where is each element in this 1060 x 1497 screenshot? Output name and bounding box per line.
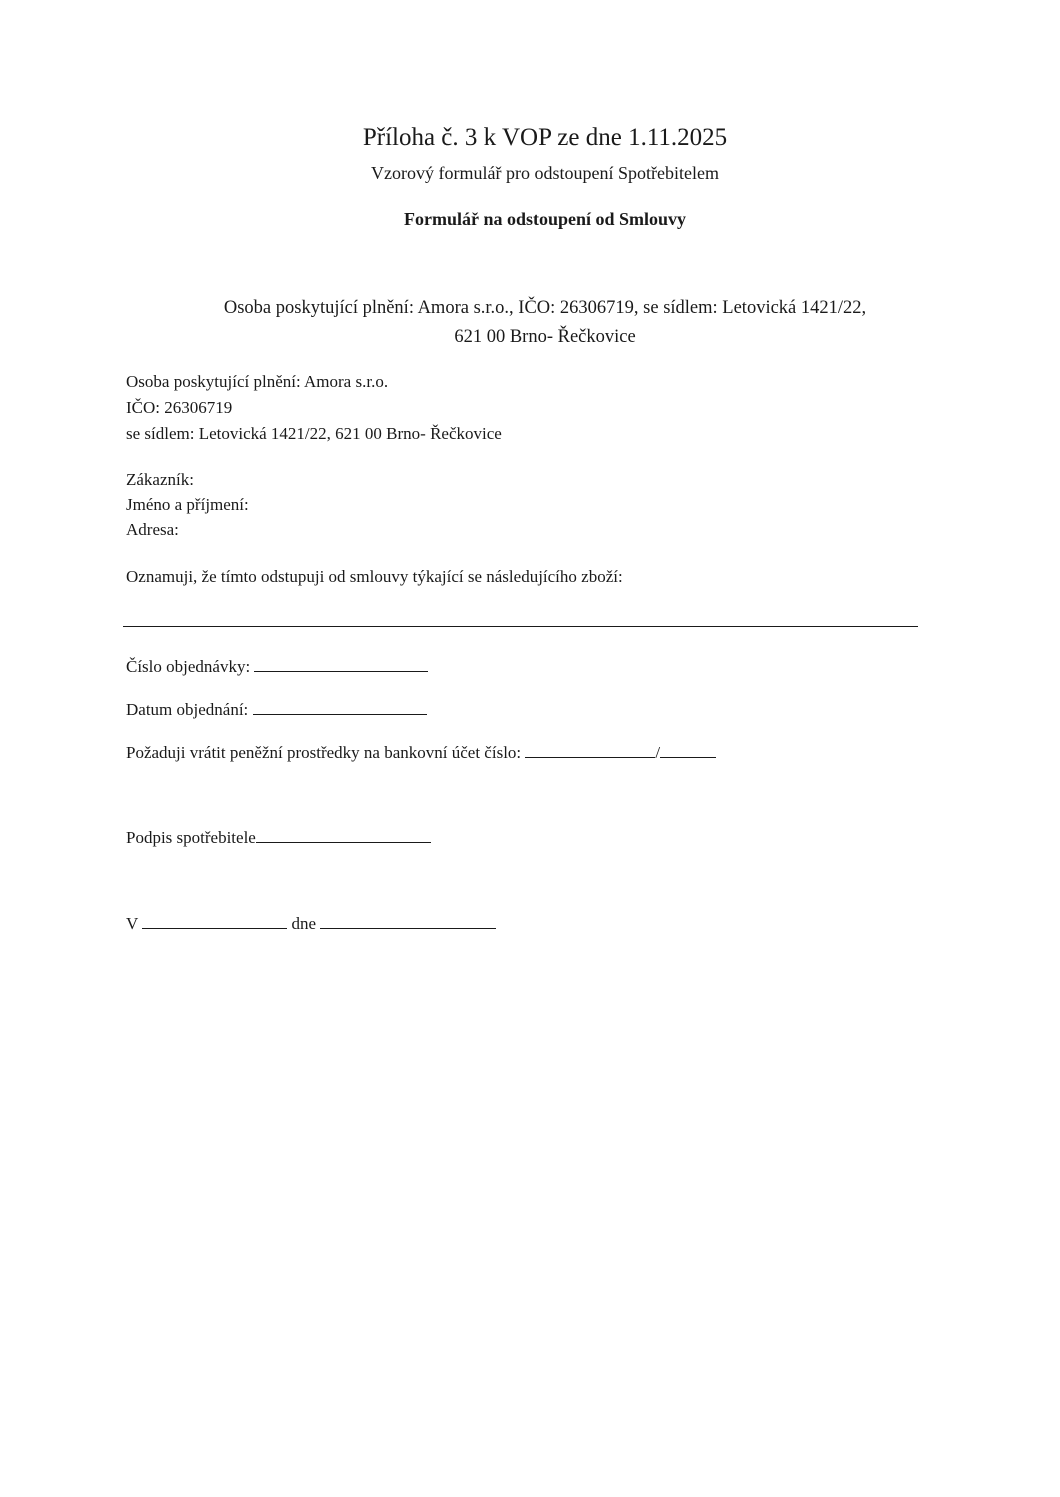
order-number-field[interactable] — [254, 657, 428, 672]
date-label: dne — [291, 914, 316, 933]
withdrawal-statement: Oznamuji, že tímto odstupuji od smlouvy … — [126, 567, 623, 587]
provider-seat: se sídlem: Letovická 1421/22, 621 00 Brn… — [126, 424, 502, 444]
place-label: V — [126, 914, 138, 933]
provider-summary-line1: Osoba poskytující plnění: Amora s.r.o., … — [15, 298, 1060, 319]
order-number-label: Číslo objednávky: — [126, 657, 250, 676]
provider-summary-line2: 621 00 Brno- Řečkovice — [15, 327, 1060, 348]
form-title: Formulář na odstoupení od Smlouvy — [15, 209, 1060, 230]
provider-ico: IČO: 26306719 — [126, 398, 232, 418]
customer-address-label: Adresa: — [126, 520, 179, 540]
order-number-row: Číslo objednávky: — [126, 657, 428, 677]
place-date-row: V dne — [126, 914, 496, 934]
date-field[interactable] — [320, 914, 496, 929]
customer-name-label: Jméno a příjmení: — [126, 495, 249, 515]
page-subtitle: Vzorový formulář pro odstoupení Spotřebi… — [15, 163, 1060, 184]
place-field[interactable] — [142, 914, 287, 929]
signature-field[interactable] — [256, 828, 431, 843]
order-date-field[interactable] — [253, 700, 427, 715]
bank-account-row: Požaduji vrátit peněžní prostředky na ba… — [126, 743, 716, 763]
signature-row: Podpis spotřebitele — [126, 828, 431, 848]
bank-code-field[interactable] — [660, 743, 716, 758]
order-date-row: Datum objednání: — [126, 700, 427, 720]
bank-account-field[interactable] — [525, 743, 655, 758]
bank-account-label: Požaduji vrátit peněžní prostředky na ba… — [126, 743, 521, 762]
provider-name: Osoba poskytující plnění: Amora s.r.o. — [126, 372, 388, 392]
order-date-label: Datum objednání: — [126, 700, 248, 719]
page-title: Příloha č. 3 k VOP ze dne 1.11.2025 — [15, 124, 1060, 152]
signature-label: Podpis spotřebitele — [126, 828, 256, 847]
goods-field-line[interactable] — [123, 626, 918, 627]
customer-label: Zákazník: — [126, 470, 194, 490]
